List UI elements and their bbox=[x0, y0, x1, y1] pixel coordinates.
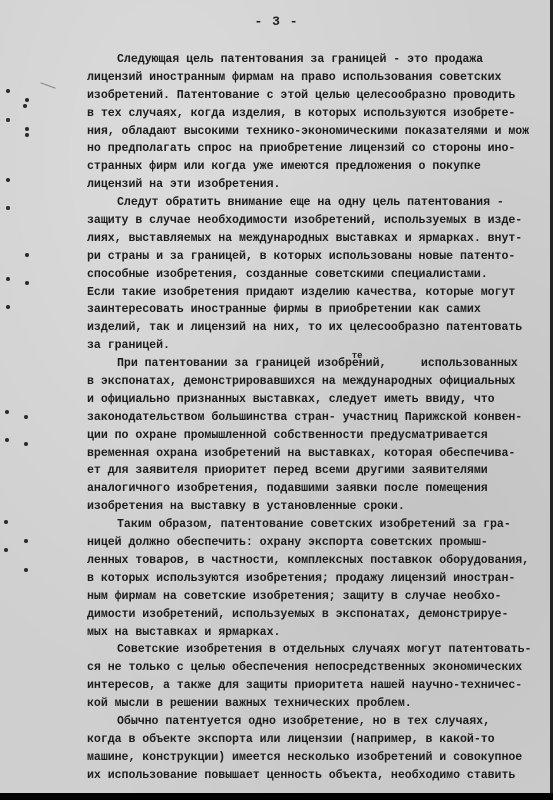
text-line: мых на выставках и ярмарках. bbox=[87, 624, 553, 642]
margin-punch-mark bbox=[6, 206, 10, 210]
text-line: заинтересовать иностранные фирмы в приоб… bbox=[87, 301, 553, 319]
margin-punch-mark bbox=[25, 253, 29, 257]
text-line: Если такие изобретения придают изделию к… bbox=[87, 284, 553, 302]
text-line: ным фирмам на советские изобретения; защ… bbox=[87, 588, 553, 606]
text-line: временная охрана изобретений на выставка… bbox=[87, 445, 553, 463]
text-line: изделий, так и лицензий на них, то их це… bbox=[87, 319, 553, 337]
margin-punch-mark bbox=[6, 89, 10, 93]
text-line: Советские изобретения в отдельных случая… bbox=[87, 641, 553, 659]
text-line: ния, обладают высокими технико-экономиче… bbox=[87, 123, 553, 141]
margin-punch-mark bbox=[24, 442, 28, 446]
text-line: способные изобретения, созданные советск… bbox=[87, 266, 553, 284]
text-line: в которых используются изобретения; прод… bbox=[87, 570, 553, 588]
margin-punch-mark bbox=[6, 178, 10, 182]
text-line: димости изобретений, используемых в эксп… bbox=[87, 606, 553, 624]
margin-punch-mark bbox=[5, 410, 9, 414]
margin-punch-mark bbox=[4, 520, 8, 524]
scanned-page: - 3 - Следующая цель патентования за гра… bbox=[0, 0, 553, 793]
text-line: изобретения на выставку в установленные … bbox=[87, 498, 553, 516]
text-line: ленных товаров, в частности, комплексных… bbox=[87, 552, 553, 570]
text-line: Таким образом, патентование советских из… bbox=[87, 516, 553, 534]
scan-scratch-mark bbox=[40, 82, 55, 88]
typewritten-body: Следующая цель патентования за границей … bbox=[87, 51, 553, 785]
text-line: Обычно патентуется одно изобретение, но … bbox=[87, 713, 553, 731]
paragraph: Следующая цель патентования за границей … bbox=[87, 51, 553, 194]
text-line: кой мысли в решении важных технических п… bbox=[87, 695, 553, 713]
text-line: законодательством большинства стран- уча… bbox=[87, 409, 553, 427]
text-line: и официально признанных выставках, следу… bbox=[87, 391, 553, 409]
text-line: ет для заявителя приоритет перед всеми д… bbox=[87, 462, 553, 480]
text-line: их использование повышает ценность объек… bbox=[87, 767, 553, 785]
margin-punch-mark bbox=[24, 539, 28, 543]
text-line: в экспонатах, демонстрировавшихся на меж… bbox=[87, 373, 553, 391]
text-line: лиях, выставляемых на международных выст… bbox=[87, 230, 553, 248]
text-line: лицензий иностранным фирмам на право исп… bbox=[87, 69, 553, 87]
paragraph: Обычно патентуется одно изобретение, но … bbox=[87, 713, 553, 785]
margin-punch-mark bbox=[25, 127, 29, 131]
text-line: за границей. bbox=[87, 337, 553, 355]
text-line: странных фирм или когда уже имеются пред… bbox=[87, 158, 553, 176]
margin-punch-mark bbox=[25, 281, 29, 285]
margin-punch-mark bbox=[25, 133, 29, 137]
text-line: защиту в случае необходимости изобретени… bbox=[87, 212, 553, 230]
margin-punch-mark bbox=[6, 305, 10, 309]
text-line: изобретений. Патентование с этой целью ц… bbox=[87, 87, 553, 105]
margin-punch-mark bbox=[23, 104, 27, 108]
margin-punch-mark bbox=[4, 548, 8, 552]
text-line: При патентовании за границей изобретений… bbox=[87, 355, 553, 373]
text-line: интересов, а также для защиты приоритета… bbox=[87, 677, 553, 695]
paragraph: Таким образом, патентование советских из… bbox=[87, 516, 553, 641]
text-line: ницей должно обеспечить: охрану экспорта… bbox=[87, 534, 553, 552]
text-line: но предполагать спрос на приобретение ли… bbox=[87, 140, 553, 158]
margin-punch-mark bbox=[5, 438, 9, 442]
margin-punch-mark bbox=[24, 415, 28, 419]
text-line: Следующая цель патентования за границей … bbox=[87, 51, 553, 69]
margin-punch-mark bbox=[25, 98, 29, 102]
paragraph: Советские изобретения в отдельных случая… bbox=[87, 641, 553, 713]
text-line: Следут обратить внимание еще на одну цел… bbox=[87, 194, 553, 212]
text-line: лицензий на эти изобретения. bbox=[87, 176, 553, 194]
text-line: в тех случаях, когда изделия, в которых … bbox=[87, 105, 553, 123]
text-line: машине, конструкции) имеется несколько и… bbox=[87, 749, 553, 767]
paragraph: При патентовании за границей изобретений… bbox=[87, 355, 553, 516]
paragraph: Следут обратить внимание еще на одну цел… bbox=[87, 194, 553, 355]
text-line: ся не только с целью обеспечения непосре… bbox=[87, 659, 553, 677]
text-line: ции по охране промышленной собственности… bbox=[87, 427, 553, 445]
text-line: когда в объекте экспорта или лицензии (н… bbox=[87, 731, 553, 749]
margin-punch-mark bbox=[6, 118, 10, 122]
page-number: - 3 - bbox=[0, 14, 553, 29]
margin-punch-mark bbox=[24, 568, 28, 572]
text-line: ри страны и за границей, в которых испол… bbox=[87, 248, 553, 266]
text-line: аналогичного изобретения, подавшими заяв… bbox=[87, 480, 553, 498]
margin-punch-mark bbox=[6, 277, 10, 281]
